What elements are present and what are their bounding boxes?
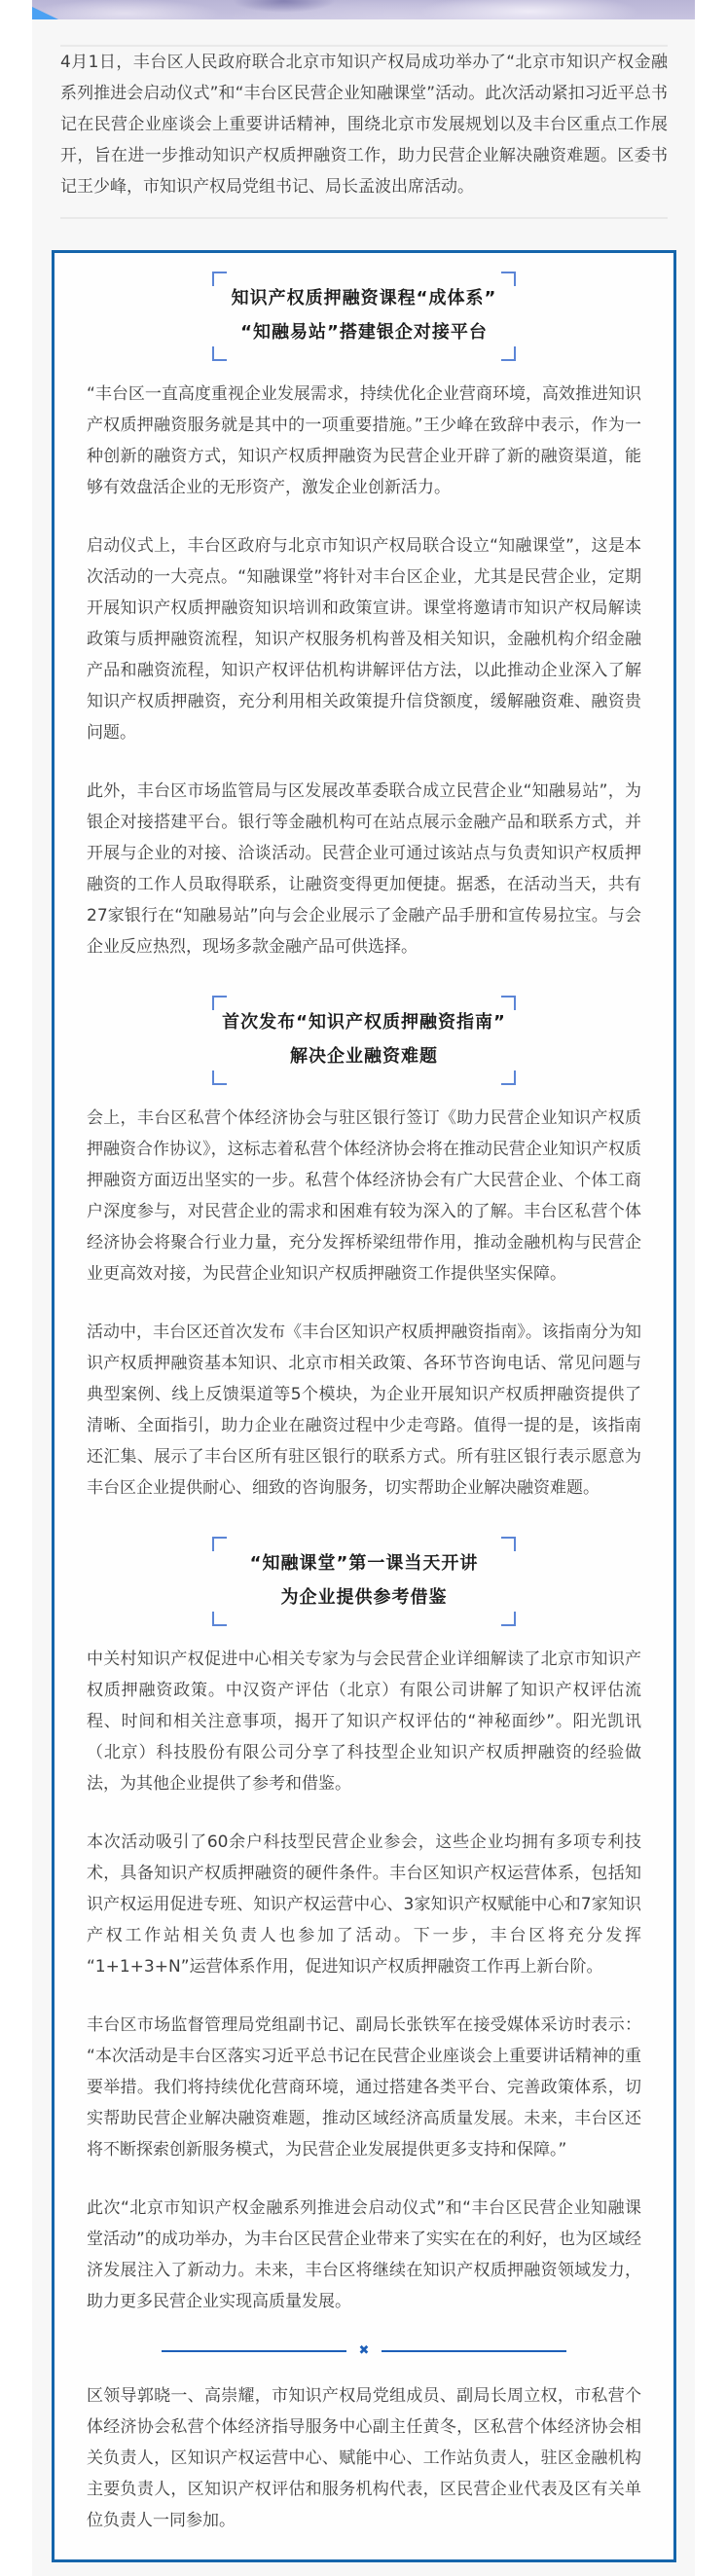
bracket-bottom-left-icon [212,1612,227,1626]
article-paragraph: 丰台区市场监督管理局党组副书记、副局长张铁军在接受媒体采访时表示：“本次活动是丰… [87,2010,641,2165]
heading-line: 知识产权质押融资课程“成体系” [212,281,516,315]
bracket-top-left-icon [212,996,227,1010]
bracket-top-right-icon [501,996,516,1010]
section-heading-1: 知识产权质押融资课程“成体系” “知融易站”搭建银企对接平台 [212,272,516,361]
intro-paragraph: 4月1日，丰台区人民政府联合北京市知识产权局成功举办了“北京市知识产权金融系列推… [60,47,668,202]
attendees-paragraph: 区领导郭晓一、高崇耀，市知识产权局党组成员、副局长周立权，市私营个体经济协会私营… [87,2380,641,2536]
bracket-bottom-right-icon [501,1612,516,1626]
divider-line-right [382,2350,566,2352]
article-paragraph: 启动仪式上，丰台区政府与北京市知识产权局联合设立“知融课堂”，这是本次活动的一大… [87,530,641,748]
section-heading-2: 首次发布“知识产权质押融资指南” 解决企业融资难题 [212,996,516,1085]
section-heading-3: “知融课堂”第一课当天开讲 为企业提供参考借鉴 [212,1537,516,1626]
bracket-top-left-icon [212,1537,227,1551]
article-paragraph: 中关村知识产权促进中心相关专家为与会民营企业详细解读了北京市知识产权质押融资政策… [87,1644,641,1799]
heading-line: 解决企业融资难题 [212,1039,516,1073]
bracket-bottom-right-icon [501,346,516,361]
article-paragraph: 本次活动吸引了60余户科技型民营企业参会，这些企业均拥有多项专利技术，具备知识产… [87,1827,641,1982]
heading-line: “知融课堂”第一课当天开讲 [212,1546,516,1580]
mid-divider [60,217,668,219]
article-box: 知识产权质押融资课程“成体系” “知融易站”搭建银企对接平台 “丰台区一直高度重… [52,250,676,2562]
article-paragraph: 活动中，丰台区还首次发布《丰台区知识产权质押融资指南》。该指南分为知识产权质押融… [87,1317,641,1504]
bracket-top-left-icon [212,272,227,286]
heading-line: “知融易站”搭建银企对接平台 [212,315,516,349]
article-paragraph: 此外，丰台区市场监管局与区发展改革委联合成立民营企业“知融易站”，为银企对接搭建… [87,776,641,962]
divider-line-left [162,2350,346,2352]
clouds-banner-image [32,0,695,19]
content-column: 4月1日，丰台区人民政府联合北京市知识产权局成功举办了“北京市知识产权金融系列推… [32,45,695,2562]
bracket-top-right-icon [501,1537,516,1551]
bracket-bottom-left-icon [212,346,227,361]
article-page: 4月1日，丰台区人民政府联合北京市知识产权局成功举办了“北京市知识产权金融系列推… [32,0,695,2576]
heading-line: 为企业提供参考借鉴 [212,1580,516,1615]
heading-line: 首次发布“知识产权质押融资指南” [212,1005,516,1039]
ornament-divider: ✖ [87,2344,641,2357]
blue-triangle-decoration [32,7,58,19]
article-paragraph: 会上，丰台区私营个体经济协会与驻区银行签订《助力民营企业知识产权质押融资合作协议… [87,1103,641,1289]
cross-ornament-icon: ✖ [359,2344,370,2357]
bracket-bottom-left-icon [212,1070,227,1085]
article-paragraph: 此次“北京市知识产权金融系列推进会启动仪式”和“丰台区民营企业知融课堂活动”的成… [87,2193,641,2317]
article-paragraph: “丰台区一直高度重视企业发展需求，持续优化企业营商环境，高效推进知识产权质押融资… [87,379,641,503]
bracket-bottom-right-icon [501,1070,516,1085]
bracket-top-right-icon [501,272,516,286]
